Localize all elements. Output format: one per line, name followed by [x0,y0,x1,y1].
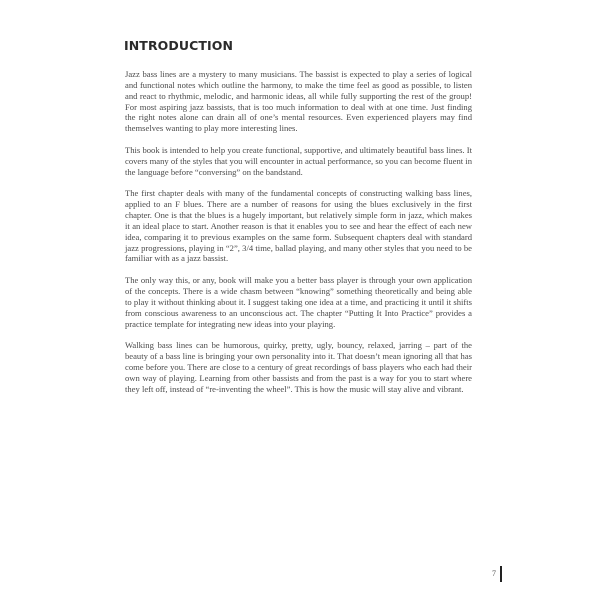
paragraph-5: Walking bass lines can be humorous, quir… [125,340,472,394]
page-heading: INTRODUCTION [124,38,233,53]
book-page: INTRODUCTION Jazz bass lines are a myste… [0,0,600,600]
paragraph-1: Jazz bass lines are a mystery to many mu… [125,69,472,134]
page-number-rule [500,566,502,582]
page-number: 7 [492,569,496,578]
paragraph-3: The first chapter deals with many of the… [125,188,472,264]
body-text: Jazz bass lines are a mystery to many mu… [125,69,472,405]
paragraph-2: This book is intended to help you create… [125,145,472,178]
paragraph-4: The only way this, or any, book will mak… [125,275,472,329]
